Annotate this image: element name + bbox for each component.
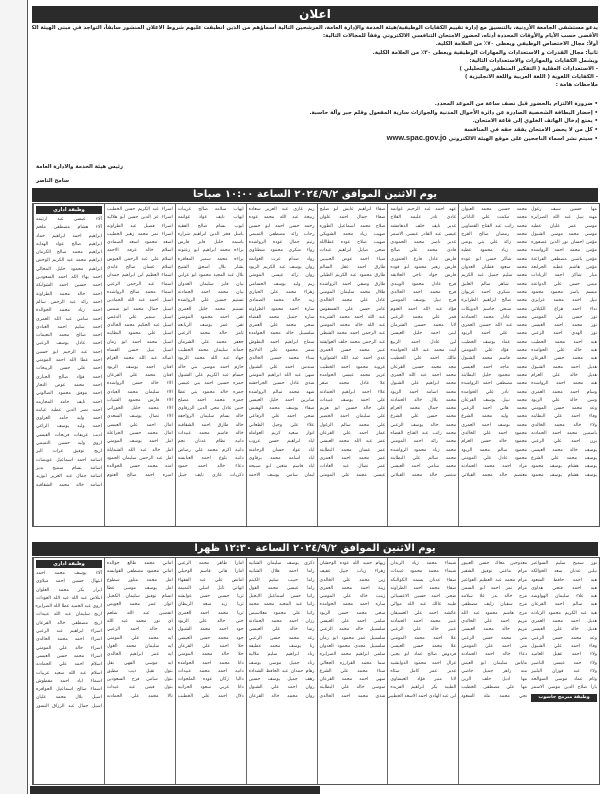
candidate-name: ثريا محمد احمد العمري (178, 610, 244, 618)
candidate-name: ضياء احمد عوض الجبيبين (320, 256, 386, 264)
candidate-name: احمد حسين احمد الشوابكة (36, 282, 102, 290)
candidate-name: مريم خالد محمد العيسى (461, 626, 527, 634)
candidate-name: محمود سالم محمد الزيود (461, 447, 527, 455)
candidate-name: هبه محمد حسن القرعان (531, 355, 597, 363)
candidate-name: اياد ابراهيم حسن عروب (249, 438, 315, 446)
candidate-name: هديل احمد محمد الشبول (531, 364, 597, 372)
candidate-name: روان محمد خالد القرعان (249, 693, 315, 701)
candidate-name: محمد حسن علي الشرع (390, 413, 456, 421)
candidate-name: موسى محمد موسى الشبول (531, 231, 597, 239)
candidate-name: رهام حمدان عبد الحافظ الشداده (249, 668, 315, 676)
candidate-name: ايه خالد احمد الزعبي (107, 626, 173, 634)
candidate-name: هند محمد احمد الرواشده (531, 380, 597, 388)
candidate-name: ليث محمد عبد الله الحوامده (390, 347, 456, 355)
candidate-name: اديب عريفات فريحات الفيسي (36, 432, 102, 440)
candidate-name: احمد علي حسن الربيحات (36, 365, 102, 373)
candidate-name: سماح ابراهيم احمد البطوش (249, 339, 315, 347)
candidate-name: فارس عادل فارع الحموري (390, 256, 456, 264)
candidate-name: اسيل علي محمود البطاينه (107, 330, 173, 338)
candidate-name: بتول سامي فرح السعودين (107, 676, 173, 684)
candidate-name: محمد رمضان صالح الفرح (461, 231, 527, 239)
candidate-name: اسامه احمد اسماعيل عويضات (36, 457, 102, 465)
note-item: • كل من لا يحضر الامتحان يفقد حقه في الم… (32, 126, 598, 135)
candidate-name: عبير خالد علي الزعبي (390, 626, 456, 634)
candidate-name: محمد صبحي جاسم الدويكات (461, 306, 527, 314)
candidate-column: محمد حسين محمد العيوانمحمد مكمت علي النا… (458, 204, 529, 526)
candidate-name: سمر محمود علي الدلابيح (249, 347, 315, 355)
announcement-title: اعلان (32, 6, 598, 23)
candidate-name: ثريا حسين حسن عوايشه (178, 593, 244, 601)
candidate-name: زينة احمد محمد العمري (320, 585, 386, 593)
candidate-name: مرام محمد عبد العظيم الفواعير (461, 577, 527, 585)
candidate-name: خالد طارق احمد الشقاقيه (178, 422, 244, 430)
candidate-name: اسماء اياد احمد مقطوش (36, 678, 102, 686)
candidate-name: وفاء احمد علي الشبول (531, 643, 597, 651)
candidate-name: امل محمد منلور سطوع (107, 577, 173, 585)
candidate-name: اسيل جمال عبد الرزاق النسور (36, 703, 102, 711)
candidate-name: امارا طاهر محمد الزعبي (178, 560, 244, 568)
candidate-name: دانيه نظام عدنان نجم (178, 438, 244, 446)
candidate-name: مالك احمد علي الخطيب (390, 355, 456, 363)
candidate-name: راما عيسى محمد الفول (249, 585, 315, 593)
website-link[interactable]: www.spac.gov.jo (387, 133, 447, 142)
candidate-name: ريم غازي عبد العزيز سعاده (249, 206, 315, 214)
candidate-name: اسماء العظيم ابن ابراهيم حمدان (107, 272, 173, 280)
candidate-name: جهاد عبد الله محمد الزيود (178, 355, 244, 363)
candidate-name: يزن احمد علي الزعبي (531, 438, 597, 446)
candidate-name: داليا زكان عوده الملحوات (178, 676, 244, 684)
candidate-name: اسيل محمد احمد ابو رمان (107, 339, 173, 347)
candidate-name: صابرين احمد خليل العيسى (249, 397, 315, 405)
candidate-name: مرام نمر احمد ابو السمن (461, 585, 527, 593)
candidate-name: رناد جميل موسى يوسف (249, 660, 315, 668)
candidate-name: اريج سليمان عبد الله عبيدات (36, 611, 102, 619)
candidate-name: فارس جواد ناجي الحلايقه (390, 272, 456, 280)
candidate-name: محمد ابراهيم علي الشبول (390, 380, 456, 388)
candidate-name: سما محمد القرارزه الجعالي (320, 660, 386, 668)
candidate-name: رنا يوسف محمد عطيفه (249, 643, 315, 651)
candidate-name: سجى محمد حسن الزيود (320, 610, 386, 618)
candidate-name: علاء احمد ابراهيم الحمادنه (320, 389, 386, 397)
candidate-name: دانيه بلوغ احمد العبابسه (178, 455, 244, 463)
candidate-name: الاء خالد حسن الرواشدة (107, 380, 173, 388)
candidate-name: محمد مكمت علي الناناني (461, 214, 527, 222)
candidate-name: اسامه خالد محمد الشقاقيه (36, 482, 102, 490)
candidate-name: ايه موسى الفهي نقل (107, 660, 173, 668)
candidate-name: احمد عادل يوسف الزعبي (36, 340, 102, 348)
candidate-name: عروبه محمود احمد الخطيب (320, 364, 386, 372)
candidate-name: محمد رائد احمد المومني (390, 438, 456, 446)
candidate-column: زيهام حميد الله عوده الوحشانزهراء زياب ج… (317, 558, 388, 784)
candidate-name: منى احمد علي المومني (461, 643, 527, 651)
candidate-name: محمد محمود خليل البطاينه (461, 372, 527, 380)
candidate-name: سناء محمد حسين الخالدي (249, 355, 315, 363)
page-margin (0, 0, 28, 794)
candidate-name: سلمى ابراهيم محمد الصرايره (320, 651, 386, 659)
candidate-name: تسنيم محمد خليل العمري (178, 306, 244, 314)
candidate-name: اسراء عز الدين حسن ابو هلاليه (107, 214, 173, 222)
candidate-name: عامر حسن علي الفسفوس (320, 306, 386, 314)
candidate-name: زهراء محمد علي الحياري (249, 289, 315, 297)
candidate-name: وفاء احمد علي البطاينه (531, 413, 597, 421)
candidate-name: ولاء خالد محمد الخالدي (531, 422, 597, 430)
candidate-name: امارا هاني قاسم الوحيلي (178, 568, 244, 576)
candidate-name: عمار احمد علي القرعان (320, 430, 386, 438)
candidate-name: صفاء جمال احمد علوان (320, 214, 386, 222)
candidate-name: الاء فارس محمود الشياب (107, 397, 173, 405)
candidate-name: لبنى احمد خليل العيسى (390, 330, 456, 338)
candidate-name: ابراهيم محمود خليل المجالي (36, 266, 102, 274)
candidate-name: امال محمد حسين الخزاعلة (107, 430, 173, 438)
candidate-column: ايهاب سلامه صالح عريباتايهاب نايف عواد غ… (175, 204, 246, 526)
candidate-name: طارق وصفي احمد الرواشده (320, 281, 386, 289)
candidate-name: علي محمد سالم الزغول (320, 422, 386, 430)
candidate-name: خالد بسام سليمان الرواجفه (178, 413, 244, 421)
candidate-name: محمد علي احمد الزيود (461, 330, 527, 338)
candidate-name: اسيل نبيل حسن القضاه (107, 347, 173, 355)
candidate-name: محمد سعود قطنان العدوان (461, 264, 527, 272)
candidate-name: نجي محمد ملة السعود (461, 693, 527, 701)
candidate-name: راما حبيب سليم الكيتم (249, 577, 315, 585)
candidate-name: اماني محمود مصطفى القوابسه (107, 568, 173, 576)
candidate-name: يوسف هشام يوسف محمود (531, 463, 597, 471)
candidate-name: ابرار بكر محمد العلوان (36, 587, 102, 595)
candidate-name: عبد الرحمن احمد محمد الشطي (320, 330, 386, 338)
candidate-name: خالد قاسم محمد عبيدات (178, 430, 244, 438)
candidate-name: افنان محمد علي القرعان (107, 372, 173, 380)
candidate-column: ذكرى يوسف سليمان الشانيهراما احمد هلال ا… (246, 558, 317, 784)
candidate-name: محمود خالد حسن العزام (461, 438, 527, 446)
candidate-name: هبه احمد فتحي هداوي (531, 585, 597, 593)
candidate-name: عمر نضال عبد الغادات (320, 463, 386, 471)
candidate-name: محمد ماجد احمد العيسى (461, 364, 527, 372)
candidate-name: اسراء محمد حسن العيسى (36, 653, 102, 661)
candidate-column: صفاء ابراهيم عايش ابو صليحصفاء جمال احمد… (317, 204, 388, 526)
candidate-name: سهى احمد محمد القرعان (320, 676, 386, 684)
candidate-name: راما احمد هلال الشانيه (249, 568, 315, 576)
candidate-name: آلاء هشام مصطفى ملحم (36, 224, 102, 232)
candidate-name: محمد يوسف احمد العمري (461, 422, 527, 430)
candidate-name: محمد احمد عبد الله العمري (390, 372, 456, 380)
candidate-name: فرح نبيل يوسف المومني (390, 297, 456, 305)
candidate-name: امل يوسف موسى عطا (107, 585, 173, 593)
candidate-name: اياد عواد حسان الرحامنه (249, 447, 315, 455)
candidate-name: بيان فايز سليمان العدوان (178, 281, 244, 289)
candidate-name: سوسن خالد علي البطاينه (320, 684, 386, 692)
candidate-name: آلاء عيسى عبد ارتيمه (36, 216, 102, 224)
candidate-name: ريم وليد يوسف الحسامي (249, 281, 315, 289)
candidate-name: شذى محمد احمد الخالدي (320, 693, 386, 701)
candidate-name: طيبه عالك عبد الله موالي (390, 601, 456, 609)
candidate-name: ابن عبد الهادي احمد الاسعد الخطيبي (390, 693, 456, 701)
candidate-name: سهى عبد الله ابراهيم المومني (249, 372, 315, 380)
candidate-name: محمد نادر علي الحوامده (461, 389, 527, 397)
session2-candidates-table: وظيفة اداريآلاء يوسف محمد احمدابتهال حسي… (32, 557, 600, 785)
session1-candidates-table: وظيفة اداريآلاء عيسى عبد ارتيمهآلاء هشام… (32, 203, 600, 527)
candidate-name: مها اديل خلف الزين (461, 676, 527, 684)
candidate-name: صهيب زياد محمد الشوبكي (320, 231, 386, 239)
candidate-name: نور حسن علي المومني (531, 314, 597, 322)
candidate-name: اسراء نمر محمد زهير الخطيب (107, 231, 173, 239)
candidate-name: اسراء عبد الكريم حسن الخطيب (107, 206, 173, 214)
candidate-name: غدير ناصر محمد الحمودي (390, 239, 456, 247)
candidate-name: احمد فؤاد صالح الحياري (36, 374, 102, 382)
candidate-name: سندس احمد علي الشبول (249, 364, 315, 372)
candidate-column: معدوحين معاك حسن العيبورمرام ماعني توفيق… (458, 558, 529, 784)
candidate-name: ايوب بسام صالح الفقيه (178, 223, 244, 231)
candidate-name: اسعد محمود اسعد الصمادي (107, 239, 173, 247)
candidate-name: احمد وليد حامد الغزاوي (36, 415, 102, 423)
candidate-name: مهند نبيل عبد الله الصرايره (531, 214, 597, 222)
candidate-name: فادي محمد علي صالح (390, 247, 456, 255)
candidate-name: موسى عمر عليان عطيه (531, 223, 597, 231)
session2-heading: يوم الاثنين الموافق ٢٠٢٤/٩/٢ الساعة ١٢:٣… (32, 542, 598, 556)
candidate-name: صهيب صلاح عوده عطاالله (320, 239, 386, 247)
candidate-name: رحاب رائد مصطفى التميمي (249, 231, 315, 239)
candidate-name: مرج سفيان زايف مصطفى (461, 601, 527, 609)
candidate-name: الاء نضال يوسف السعدي (107, 413, 173, 421)
candidate-name: جود احمد محمد الشبول (178, 626, 244, 634)
candidate-name: هبه علاء سليمان الهواوشه (531, 593, 597, 601)
candidate-name: ولاء حمد عيسى الناصير (531, 660, 597, 668)
candidate-name: نيلين عدنان سعد الخوالكه (531, 568, 597, 576)
candidate-name: محمد راتب عبد الفتاح القضاه (390, 430, 456, 438)
candidate-name: ماياس سليمان ابو العيش (461, 660, 527, 668)
candidate-name: محمد عبد الله حسين العمري (461, 322, 527, 330)
candidate-name: سلمى احمد علي العيسى (320, 618, 386, 626)
candidate-name: بيان محمد احمد الحمادنه (178, 289, 244, 297)
candidate-name: اسلام خالد عرفه الاحمد (107, 247, 173, 255)
candidate-name: معتصم خالد محمد القيلاني (461, 472, 527, 480)
candidate-name: غادي نادر عليمه الفلاح (390, 214, 456, 222)
candidate-name: صفاء عدنان بسمه الكوالبكه (390, 577, 456, 585)
candidate-name: محمد خالد يوسف الزعبي (390, 422, 456, 430)
candidate-name: اسماء محمد صالح الرواشده (107, 289, 173, 297)
candidate-name: محمد زياد محمود الرواشده (390, 447, 456, 455)
candidate-name: حازم احمد موسى بني خالد (178, 364, 244, 372)
candidate-name: منه زاهر جميل خاصي (461, 668, 527, 676)
candidate-name: ابراهيم محمد صالح الكرمان (36, 249, 102, 257)
candidate-name: فرح عادل محمود الوبيدي (390, 281, 456, 289)
intro-line: ملاحظات هامة : (32, 81, 598, 89)
candidate-name: صفاء ابراهيم عايش ابو صليح (320, 206, 386, 214)
candidate-name: زيد خالد محمد الصمادي (249, 297, 315, 305)
candidate-name: امنه محمد حسن الخوالده (107, 463, 173, 471)
candidate-name: محمد قاسم محمد الشبول (461, 355, 527, 363)
candidate-name: باسمه خليل فايز فارس (178, 239, 244, 247)
session1-heading: يوم الاثنين الموافق ٢٠٢٤/٩/٢ الساعة ١٠:٠… (32, 188, 598, 202)
candidate-name: نور الهدى احمد الزعبي (531, 330, 597, 338)
candidate-name: احمد زياد محمد الخوالدة (36, 307, 102, 315)
candidate-name: محمد صالح ابراهيم الطرابزة (461, 297, 527, 305)
candidate-name: احمد نصر الدين عطيه عبابنه (36, 407, 102, 415)
candidate-name: علي سليمان احمد الخضير (320, 413, 386, 421)
candidate-name: لين عادل احمد الربيع (390, 339, 456, 347)
candidate-name: دعاء خالد احمد حمود (178, 463, 244, 471)
candidate-name: احمد عطا الله احمد المومني (36, 357, 102, 365)
candidate-name: اميره احمد صالح العتوم (107, 472, 173, 480)
candidate-column: اماني محمد طالع جوالدهاماني محمود مصطفى … (104, 558, 175, 784)
candidate-name: ابراهيم محمد عبد الكريم الوحش (36, 257, 102, 265)
candidate-name: جود محمد حسن العيسى (178, 635, 244, 643)
candidate-name: هبه سالم احمد القرعان (531, 601, 597, 609)
candidate-name: افنان احمد يوسف الزيود (107, 364, 173, 372)
candidate-name: محمود احمد علي الخالدي (461, 430, 527, 438)
candidate-name: اياد قاسم متعين ابو صبيحه (249, 463, 315, 471)
candidate-name: انسام توفيق سليمان الكحيل (107, 593, 173, 601)
candidate-name: محمد شاكر حسن ابو عوده (461, 256, 527, 264)
candidate-name: غدير نايف خلف الدهامشه (390, 223, 456, 231)
candidate-name: هبه احمد محمد الخطيب (531, 339, 597, 347)
candidate-name: محمد سالم علي البطاينه (390, 455, 456, 463)
candidate-name: دلال احمد علي الخطيب (178, 693, 244, 701)
note-item: • سيتم نشر اسماء الناجحين على موقع الهيئ… (32, 134, 598, 144)
candidate-name: اصاله عبد الله محمد العزام (107, 355, 173, 363)
candidate-name: انهاني نابل اسلي النميمة (178, 585, 244, 593)
candidate-name: اسيل بلال محمد عليان (36, 694, 102, 702)
candidate-name: دانيه احمد محمد عبيدات (178, 668, 244, 676)
candidate-name: رزان احمد محمد الحمادنه (249, 618, 315, 626)
candidate-column: عهد احمد عبد الرحيم غوانمهغادي نادر عليم… (387, 204, 458, 526)
candidate-name: شذى عادل حسين الحراحشه (249, 380, 315, 388)
candidate-name: بتول فيس عبد عيدات (107, 684, 173, 692)
candidate-name: هديل خالد علي العيسى (531, 626, 597, 634)
candidate-name: تقى احمد محمود المومني (178, 314, 244, 322)
candidate-name: مؤمن محمد احمد الرواشده (531, 247, 597, 255)
candidate-name: محمد عماد يوسف الخطيب (461, 339, 527, 347)
candidate-name: رانيا علي محمود معلاسيس (249, 610, 315, 618)
candidate-name: نور محمد احمد العيسى (531, 322, 597, 330)
candidate-name: انوار سعيد كريم العوامله (249, 430, 315, 438)
candidate-name: طارق محمود عبد الكريم الطيلي (320, 272, 386, 280)
candidate-name: احمد بهاء الله احمد السعودين (36, 274, 102, 282)
candidate-name: محمد بلال خالد الحمادنه (390, 397, 456, 405)
candidate-name: امانص علي عبد الفقهاء (178, 577, 244, 585)
candidate-name: هديل احمد محمد العمري (531, 618, 597, 626)
candidate-name: ايه سليمان محمد الغول (107, 643, 173, 651)
candidate-name: مؤمن هاشم عطيه الجرابعة (531, 264, 597, 272)
candidate-name: محمد راتب عبد الفتاح القضاوين (461, 223, 527, 231)
candidate-name: احمد محمد عوض النجار (36, 382, 102, 390)
candidate-name: عائشه احمد علي العسيفان (390, 610, 456, 618)
candidate-name: ربيحة عبد الله محمد عوده (249, 214, 315, 222)
candidate-name: رواء شكري محمود شطناوي (249, 247, 315, 255)
candidate-name: علي خالد حسين ابو هزيم (320, 405, 386, 413)
candidate-name: آلاء يوسف محمد احمد (36, 570, 102, 578)
candidate-name: ابتلاص عبد الله عبد الله العودات (36, 595, 102, 603)
candidate-column: شيماء محمد زياد الزيدانشيماء محمد محمود … (387, 558, 458, 784)
candidate-column: اسراء عبد الكريم حسن الخطيباسراء عز الدي… (104, 204, 175, 526)
candidate-name: رانيا عبد المجيد محمد محمد (249, 601, 315, 609)
candidate-name: هبه خالد علي الحوامده (531, 347, 597, 355)
candidate-name: سلسبيل عمر محمود ابو رمان (320, 635, 386, 643)
intro-line: أولاً: مجال الاختصاص الوظيفي ويعطى ٧٠٪ م… (32, 40, 598, 48)
intro-line: ثانياً: مجال القدرات و الاستعدادات والمه… (32, 49, 598, 57)
candidate-name: سلسبيل خالد محمد الحوامده (249, 330, 315, 338)
intro-line: - الاستعدادات العقلية ( التفكير المنطقي … (32, 65, 598, 73)
candidate-name: رحمه حسن احمد ابو حسين (249, 223, 315, 231)
candidate-name: صفاء محمد احمد الطراونه (390, 585, 456, 593)
candidate-name: دعاء خالد احمد الحمادنه (461, 651, 527, 659)
candidate-name: اريج توفيق عزات البز (36, 448, 102, 456)
candidate-name: محمد سليم جميل عبد الكريم (461, 272, 527, 280)
candidate-name: عبد الرحمن محمد خلف العوايشه (320, 339, 386, 347)
candidate-name: حلا احمد علي القرعان (178, 643, 244, 651)
candidate-name: اسراء فضيل عبد الطراونه (107, 223, 173, 231)
candidate-name: اسامه جمال عبد العزيز ابوزيد (36, 473, 102, 481)
candidate-name: محمد شكري احمد غزيوان (461, 289, 527, 297)
signature-title: رئيس هيئة الخدمة والادارة العامة (36, 160, 123, 174)
candidate-name: لانا محمد حسين الشرمان (390, 322, 456, 330)
candidate-name: اروى عبد الحميد عطا الله الصرايره (36, 603, 102, 611)
candidate-name: اسلام غسان صالح عابدي (107, 264, 173, 272)
candidate-column: ريم غازي عبد العزيز سعادهربيحة عبد الله … (246, 204, 317, 526)
note-item: • ضرورة الالتزام بالحضور قبل نصف ساعة من… (32, 100, 598, 109)
candidate-name: مها حسين سيف زغول (531, 206, 597, 214)
candidate-name: محمد وليد محمد الشرع (461, 413, 527, 421)
candidate-name: ضحى احمد حسين الاعسيائي (390, 593, 456, 601)
candidate-name: انوار عمر محمد العويس (107, 601, 173, 609)
candidate-name: رانيا حسن اسماعيل الابخيل (249, 593, 315, 601)
candidate-name: اسيل جمال محمد ابو شمس (107, 306, 173, 314)
candidate-name: عهد احمد عبد الرحيم غوانمه (390, 206, 456, 214)
candidate-name: ابتهال حسين احمد ميلاوي (36, 578, 102, 586)
candidate-name: محمد زائد علي بني يونس (461, 239, 527, 247)
candidate-name: حسام عبد الكريم علي الشبول (178, 372, 244, 380)
candidate-name: علي احمد يوسف عبيدات (320, 397, 386, 405)
candidate-name: اسلام عبد الله سعيد عريبات (36, 670, 102, 678)
candidate-name: انفصين عبد الله شلعم (107, 610, 173, 618)
candidate-name: يوسف هشام يوسف محمود (531, 472, 597, 480)
candidate-name: وسام احمد محمد العمري (531, 389, 597, 397)
candidate-name: دانا محمد احمد الحوامده (178, 660, 244, 668)
candidate-name: تالا محمد علي الحمادنه (107, 693, 173, 701)
note-url-text: • سيتم نشر اسماء الناجحين على موقع الهيئ… (449, 136, 598, 142)
intro-line: يدعو مستشفى الجامعة الأردنية، بالتنسيق م… (32, 24, 598, 32)
candidate-name: تسنيم حسين علي الرواشده (178, 297, 244, 305)
candidate-name: عمر محمد احمد العمري (320, 455, 386, 463)
candidate-name: اماني محمد طالع جوالده (107, 560, 173, 568)
candidate-name: سارة احمد محمود الطراونه (249, 306, 315, 314)
candidate-name: ضحى صايل ابراهيم عبدات (320, 247, 386, 255)
candidate-name: جعفر محمد علي الشرمان (178, 339, 244, 347)
candidate-name: ثريا زيد سعد الريطان (178, 601, 244, 609)
candidate-name: قمر علي محمد الزعبي (390, 314, 456, 322)
candidate-name: عبير محمد احمد الحمادنه (390, 618, 456, 626)
candidate-name: حمزه خالد محمود بني عطا (178, 389, 244, 397)
candidate-name: سجى محمد علي العمري (249, 322, 315, 330)
candidate-name: حمزه حسين احمد بني عيسى (178, 380, 244, 388)
candidate-name: غزال احمد محمود الدوابشيه (390, 660, 456, 668)
candidate-name: مجد محمد حسين القرعان (390, 364, 456, 372)
candidate-name: مها علي مصطفى الخطيب (461, 684, 527, 692)
candidate-name: اي نور محمد عبد الله (107, 618, 173, 626)
candidate-name: غدير عمر كامل سئاه (390, 668, 456, 676)
candidate-name: بتول نقيل ذيب مطيق (107, 668, 173, 676)
signature-block: رئيس هيئة الخدمة والادارة العامة سامح ال… (36, 160, 123, 188)
intro-text: يدعو مستشفى الجامعة الأردنية، بالتنسيق م… (32, 24, 598, 90)
candidate-name: براءه محمد سمير المعاقره (178, 256, 244, 264)
candidate-name: عبد الله خالد محمد المومني (320, 322, 386, 330)
candidate-name: ايهاب سلامه صالح عريبات (178, 206, 244, 214)
candidate-name: ميسم ياسر محمود محمود (531, 289, 597, 297)
candidate-name: مرام ماعني توفيق الشقير (461, 568, 527, 576)
candidate-name: منى محمد حسن الزعبي (461, 635, 527, 643)
candidate-name: اروى وليد حسين التميمي (36, 440, 102, 448)
candidate-name: مراد احمد محمد الحمادنه (461, 463, 527, 471)
candidate-name: اسيل عبد الحكيم محمد الخالدي (107, 322, 173, 330)
candidate-name: طارق احمد عقل السالم (320, 264, 386, 272)
